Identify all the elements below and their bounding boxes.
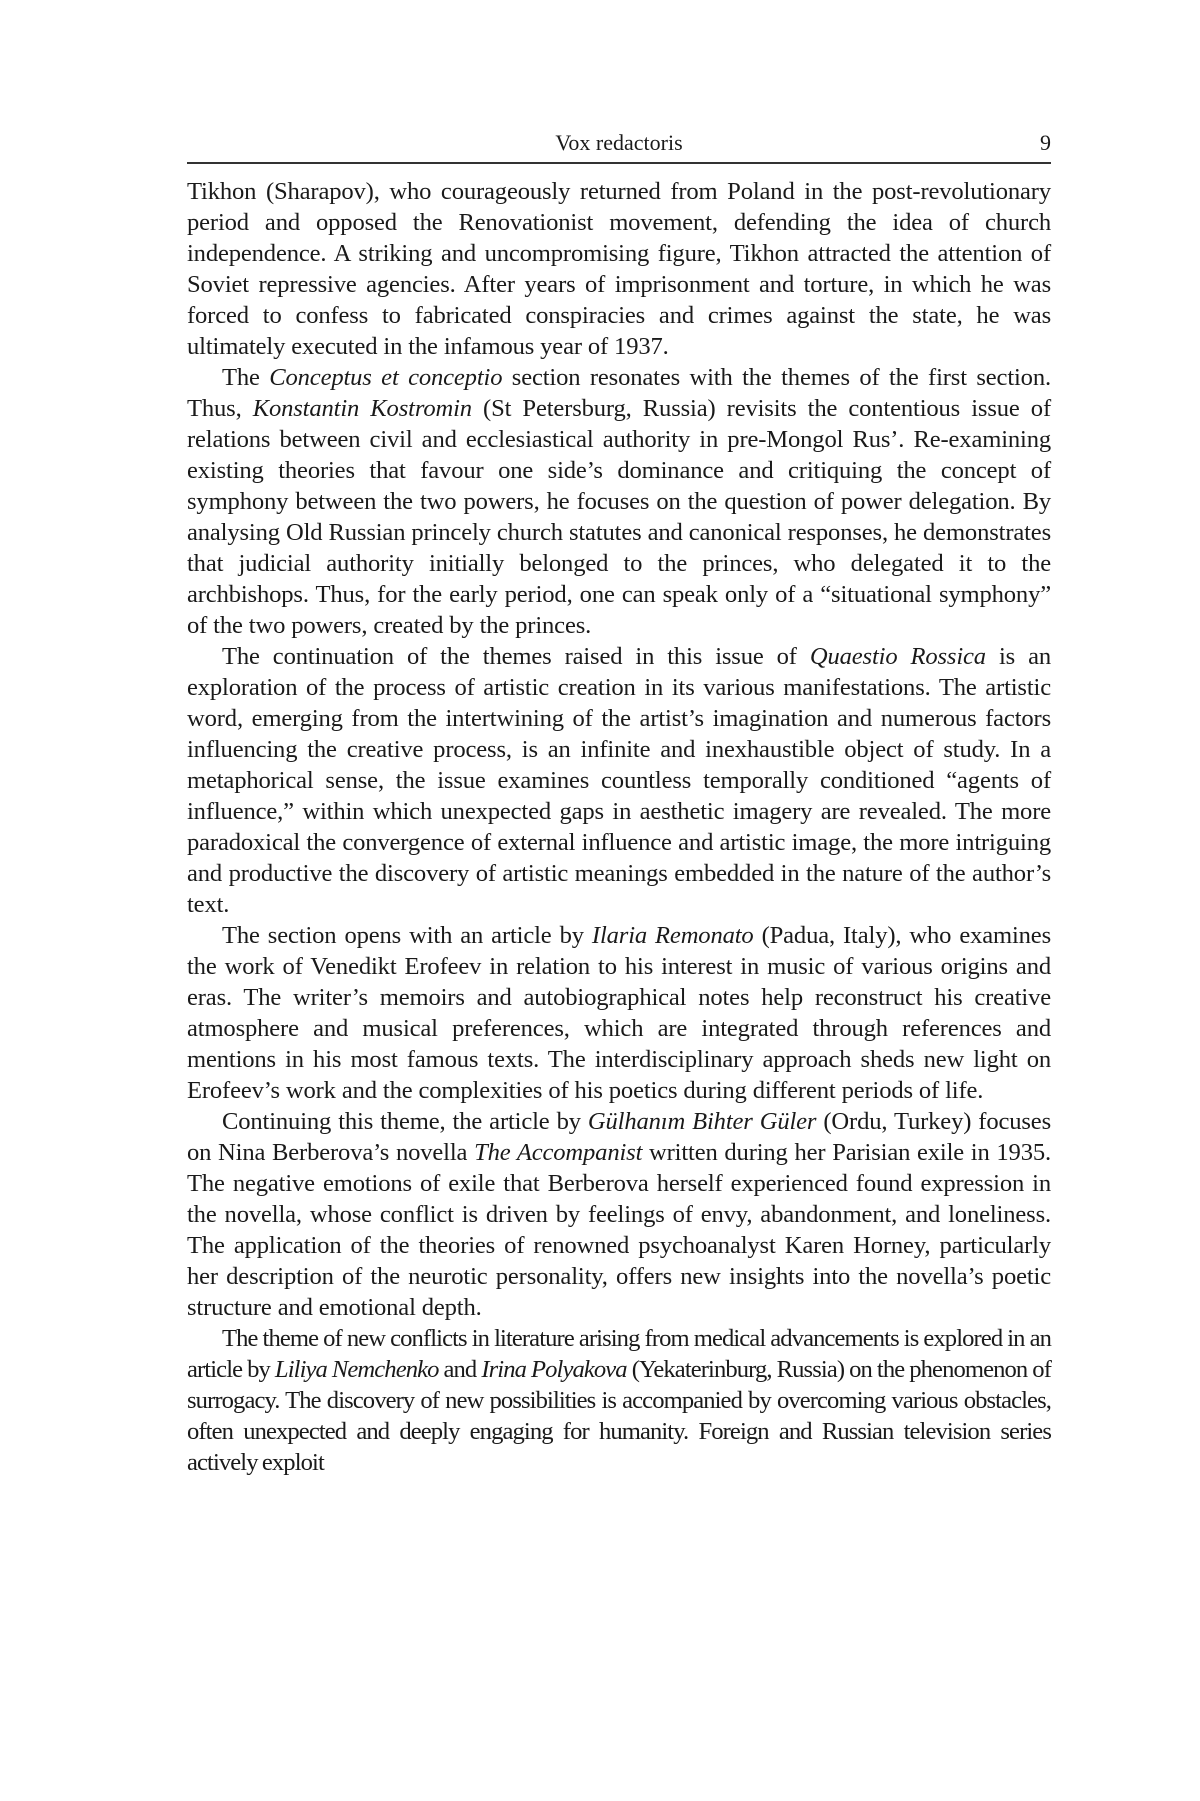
text-run: The continuation of the themes raised in…: [222, 643, 810, 670]
running-header: Vox redactoris 9: [187, 128, 1051, 160]
italic-reference: Gülhanım Bihter Güler: [588, 1108, 816, 1135]
italic-reference: Irina Polyakova: [481, 1356, 626, 1383]
italic-reference: The Accompanist: [474, 1139, 642, 1166]
paragraph-4: The section opens with an article by Ila…: [187, 920, 1051, 1106]
text-run: Continuing this theme, the article by: [222, 1108, 588, 1135]
text-run: is an exploration of the process of arti…: [187, 643, 1051, 918]
italic-reference: Conceptus et conceptio: [269, 364, 502, 391]
page-number: 9: [1040, 130, 1051, 156]
text-run: (St Petersburg, Russia) revisits the con…: [187, 395, 1051, 639]
italic-reference: Ilaria Remonato: [592, 922, 754, 949]
text-run: and: [439, 1356, 482, 1383]
text-run: (Padua, Italy), who examines the work of…: [187, 922, 1051, 1104]
paragraph-3: The continuation of the themes raised in…: [187, 641, 1051, 920]
journal-page: Vox redactoris 9 Tikhon (Sharapov), who …: [187, 128, 1051, 1478]
paragraph-5: Continuing this theme, the article by Gü…: [187, 1106, 1051, 1323]
text-run: The section opens with an article by: [222, 922, 592, 949]
text-run: Tikhon (Sharapov), who courageously retu…: [187, 178, 1051, 360]
text-run: The: [222, 364, 269, 391]
paragraph-6: The theme of new conflicts in literature…: [187, 1323, 1051, 1478]
paragraph-1: Tikhon (Sharapov), who courageously retu…: [187, 176, 1051, 362]
italic-reference: Konstantin Kostromin: [253, 395, 472, 422]
text-run: written during her Parisian exile in 193…: [187, 1139, 1051, 1321]
paragraph-2: The Conceptus et conceptio section reson…: [187, 362, 1051, 641]
body-text: Tikhon (Sharapov), who courageously retu…: [187, 176, 1051, 1478]
header-rule: [187, 162, 1051, 164]
italic-reference: Liliya Nemchenko: [275, 1356, 439, 1383]
running-title: Vox redactoris: [187, 130, 1051, 156]
italic-reference: Quaestio Rossica: [810, 643, 986, 670]
